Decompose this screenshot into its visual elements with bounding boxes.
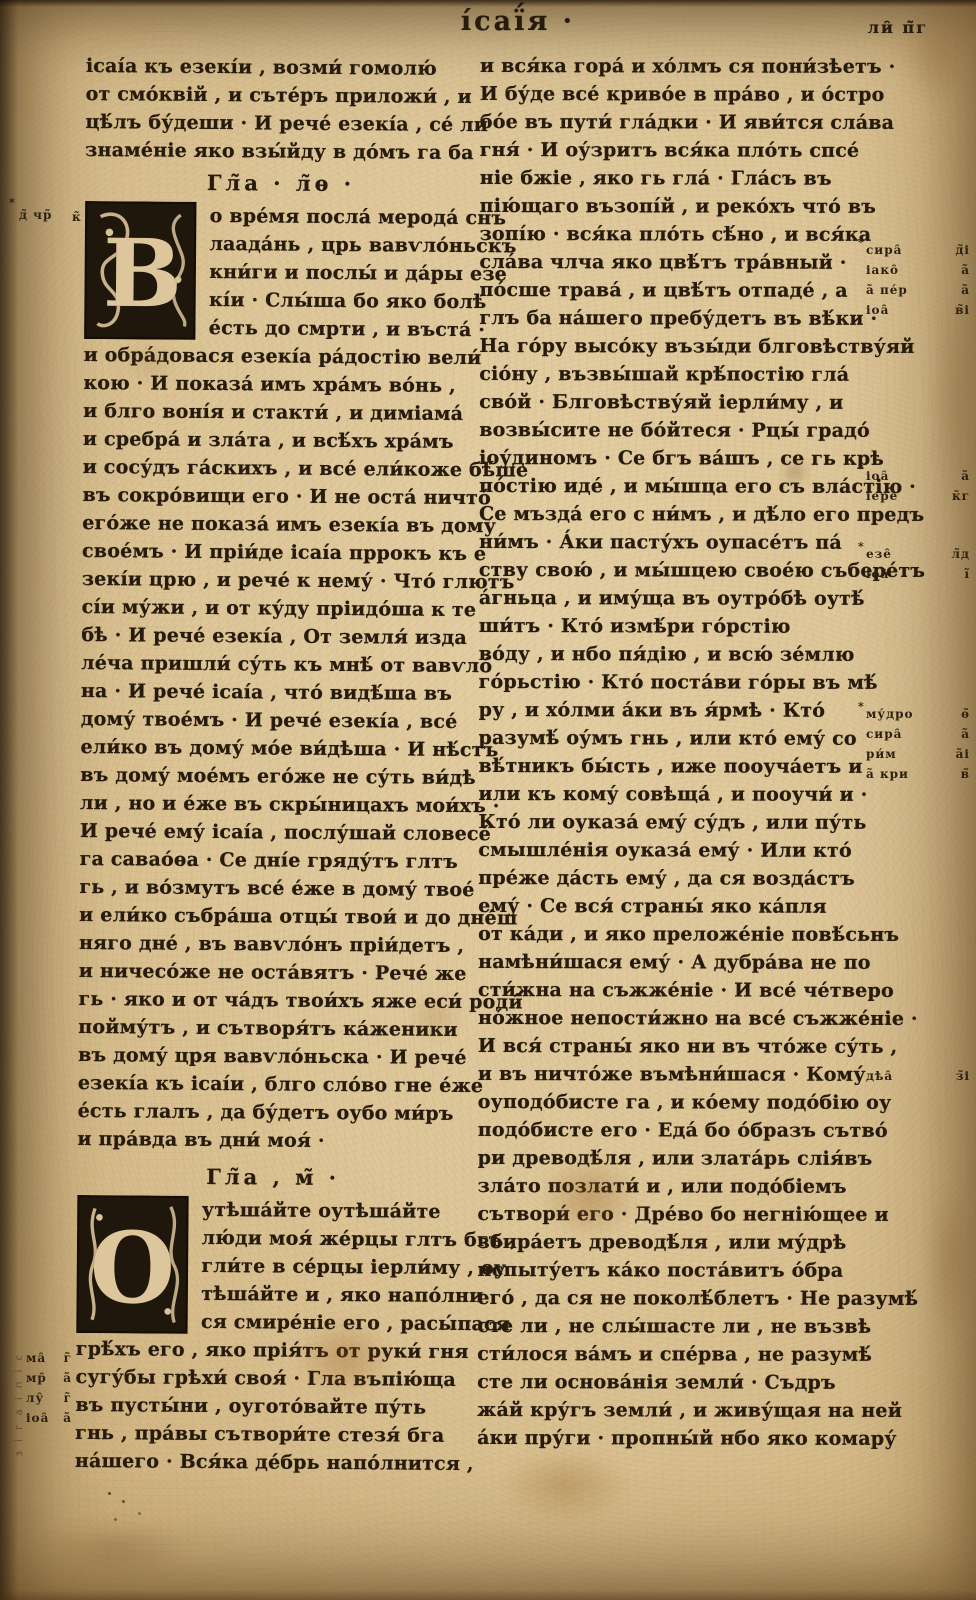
margin-chapter: г̃ <box>64 1388 72 1408</box>
text-line: сти́жна на съжже́ніе · И все́ че́тверо <box>478 976 876 1005</box>
margin-block-1: сира̑ д̃і іако̑ а̃ а̃ пе́р а̃ іоа̑ в̃і <box>866 240 970 320</box>
right-column: и вся́ка гора́ и хо́лмъ ся пони́зѣетъ ·И… <box>477 52 878 1453</box>
margin-note-row: езе̑ л̃д <box>866 544 970 564</box>
text-line: Кто́ ли оуказа́ ему́ су́дъ , или пу́ть <box>478 808 876 837</box>
text-line: бо́е въ пути́ гла́дки · И яви́тся сла́ва <box>480 108 878 137</box>
text-line: пре́же да́сть ему́ , да ся возда́стъ <box>478 864 876 893</box>
text-line: ся смире́ніе его , расы́пася <box>201 1308 517 1338</box>
text-line: намѣни́шася ему́ · А дубра́ва не по <box>478 948 876 977</box>
text-line: на · И рече́ ісаі́а , что́ видѣ́ша въ <box>81 677 473 708</box>
reference-mark: * <box>858 700 864 713</box>
text-line: на́шего · Вся́ка де́брь напо́лнится , <box>75 1447 467 1478</box>
margin-chapter: а̃ <box>961 280 970 300</box>
margin-book: лу̑ <box>26 1388 44 1408</box>
margin-note-row: сира̑ д̃і <box>866 240 970 260</box>
margin-note-chapter-num: к̃ <box>72 207 82 227</box>
reference-mark: * <box>858 540 864 553</box>
margin-chapter: а̃і <box>956 744 970 764</box>
margin-book: сира̑ <box>866 724 902 744</box>
text-line: свое́мъ · И пріи́де ісаі́а пррокъ къ е <box>82 537 474 568</box>
margin-book: сира̑ <box>866 240 902 260</box>
margin-gospel-refs: ма̑ г̃ мр̑ а̃ лу̑ г̃ іоа̑ а̃ <box>26 1348 72 1428</box>
text-line: няго дне́ , въ вавѵло́нъ пріи́детъ , <box>79 929 471 960</box>
text-line: зекі́и црю , и рече́ к нему́ · Что́ глют… <box>82 565 474 596</box>
text-line: ле́ча пришли́ су́ть къ мнѣ́ от вавѵло́ <box>81 649 473 680</box>
margin-note-row: іоа̑ і̃ <box>866 564 970 584</box>
ornate-initial-O: О <box>76 1195 189 1334</box>
margin-chapter: і̃ <box>964 564 970 584</box>
margin-note-row: лу̑ г̃ <box>26 1388 72 1408</box>
margin-book: іоа̑ <box>866 466 889 486</box>
folio-number: ли̑ п̃г <box>868 18 928 37</box>
margin-book: а̃ кри <box>866 764 909 784</box>
text-line: ру , и хо́лми а́ки въ я́рмѣ · Кто́ <box>479 696 877 725</box>
text-line: по́сше трава́ , и цвѣ́тъ отпаде́ , а <box>479 276 877 305</box>
text-line: и пра́вда въ дни́ моя́ · <box>77 1125 469 1156</box>
margin-chapter: в̃ <box>961 764 970 784</box>
left-column: ісаі́а къ езекі́и , возми́ гомолю́от смо… <box>75 52 478 1478</box>
text-line: грѣ́хъ его , яко прія́тъ от руки́ гня <box>76 1335 468 1366</box>
margin-note-row: дѣа̑ з̃і <box>866 1066 970 1086</box>
text-line: и ничесо́же не оста́вятъ · Рече́ же <box>79 957 471 988</box>
text-line: ели́ко въ дому́ мо́е ви́дѣша · И нѣ́стъ <box>80 733 472 764</box>
text-line: и вся́ка гора́ и хо́лмъ ся пони́зѣетъ · <box>480 52 878 81</box>
text-line: смышле́нія оуказа́ ему́ · Или кто́ <box>478 836 876 865</box>
cap-lines: о вре́мя посла́ мерода́ снълаада́нь , цр… <box>209 202 517 344</box>
reference-mark: * <box>858 236 864 249</box>
margin-note-row: сира̑ а̃ <box>866 724 970 744</box>
text-line: ніе бжіе , яко гь гла́ · Гла́съ въ <box>480 164 878 193</box>
text-line: или къ кому́ совѣща́ , и пооучи́ и · <box>478 780 876 809</box>
text-line: ему́ · Се вся́ страны́ яко ка́пля <box>478 892 876 921</box>
margin-block-2: іоа̑ а̃ іере̑ к̃г <box>866 466 970 506</box>
text-line: вѣ́тникъ бы́сть , иже пооуча́етъ и <box>478 752 876 781</box>
margin-chapter: а̃ <box>63 1368 72 1388</box>
margin-chapter: в̃і <box>955 300 970 320</box>
text-line: от ка́ди , и яко преложе́ніе повѣ́сьнъ <box>478 920 876 949</box>
text-line: по́стію иде́ , и мы́шца его съ вла́стію … <box>479 472 877 501</box>
margin-chapter: к̃г <box>952 486 970 506</box>
page-title: і́саї́я · <box>0 6 976 37</box>
text-line: во́ду , и нбо пя́дію , и всю́ зе́млю <box>479 640 877 669</box>
text-line: дому́ твое́мъ · И рече́ езекі́а , все́ <box>81 705 473 736</box>
text-line: лаада́нь , црь вавѵло́ньскъ <box>209 230 516 260</box>
margin-book: ри́м <box>866 744 897 764</box>
text-line: его́ , да ся не поколѣ́блетъ · Не разумѣ… <box>477 1284 875 1313</box>
text-line: кою · И показа́ имъ хра́мъ во́нь , <box>83 369 475 400</box>
text-line: но́жное непости́жно на все́ съжже́ніе · <box>478 1004 876 1033</box>
text-line: а́гньца , и иму́ща въ оутро́бѣ оутѣ́ <box>479 584 877 613</box>
text-line: ри древодѣ́ля , или злата́рь слія́въ <box>478 1144 876 1173</box>
text-line: возвы́сите не бо́йтеся · Рцы́ градо́ <box>479 416 877 445</box>
intro-paragraph: ісаі́а къ езекі́и , возми́ гомолю́от смо… <box>85 52 478 167</box>
chapter-heading-39: Гл̃а · л̃ѳ · <box>85 167 477 200</box>
margin-book: а̃ пе́р <box>866 280 908 300</box>
stain <box>500 1448 630 1523</box>
text-line: въ дому́ мое́мъ его́же не су́ть ви́дѣ <box>80 761 472 792</box>
text-line: сте ли основа́нія земли́ · Съдръ <box>477 1368 875 1397</box>
text-line: Се мъзда́ его с ни́мъ , и дѣ́ло его пред… <box>479 500 877 529</box>
text-line: На го́ру высо́ку възы́ди блговѣству́яй <box>479 332 877 361</box>
margin-block-4: му́дро ѳ̃ сира̑ а̃ ри́м а̃і а̃ кри в̃ <box>866 704 970 784</box>
text-line: оуподо́бисте га , и ко́ему подо́бію оу <box>478 1088 876 1117</box>
text-line: И рече́ ему́ ісаі́а , послу́шай словесе́ <box>80 817 472 848</box>
margin-book: езе̑ <box>866 544 892 564</box>
margin-note-row: ри́м а̃і <box>866 744 970 764</box>
text-line: и сребра́ и зла́та , и всѣ́хъ хра́мъ <box>83 425 475 456</box>
text-line: пію́щаго възопі́й , и реко́хъ что́ въ <box>480 192 878 221</box>
text-line: го́рьстію · Кто́ поста́ви го́ры въ мѣ́ <box>479 668 877 697</box>
margin-note-row: іоа̑ в̃і <box>866 300 970 320</box>
text-line: глъ ба на́шего пребу́детъ въ вѣ́ки · <box>479 304 877 333</box>
text-line: сугу́бы грѣхи́ своя́ · Гла въпію́ща <box>75 1363 467 1394</box>
text-line: от смо́квій , и съте́ръ приложи́ , и <box>86 80 478 111</box>
text-line: гли́те в се́рцы іерли́му , оу <box>201 1252 517 1282</box>
chapter-40-opening: О утѣша́йте оутѣша́йтелю́ди моя́ же́рцы … <box>76 1195 469 1338</box>
text-line: е́сть до смрти , и въста́ · <box>209 314 516 344</box>
text-line: испыту́етъ ка́ко поста́витъ о́бра <box>477 1256 875 1285</box>
text-line: сла́ва члча яко цвѣ́тъ тра́вный · <box>480 248 878 277</box>
text-line: и блго воні́я и стакти́ , и диміама́ <box>83 397 475 428</box>
margin-book: іако̑ <box>866 260 899 280</box>
text-line: сътвори́ его · Дре́во бо негнію́щее и <box>478 1200 876 1229</box>
text-line: И бу́де все́ криво́е в пра́во , и о́стро <box>480 80 878 109</box>
margin-book: му́дро <box>866 704 914 724</box>
margin-chapter: г̃ <box>64 1348 72 1368</box>
ornate-initial-V: В <box>84 201 197 340</box>
margin-chapter: ѳ̃ <box>961 704 970 724</box>
text-line: подо́бисте его · Еда́ бо о́бразъ сътво́ <box>478 1116 876 1145</box>
text-line: пойму́тъ , и сътворя́тъ ка́женики <box>78 1013 470 1044</box>
margin-note-row: іако̑ а̃ <box>866 260 970 280</box>
text-line: бѣ · И рече́ езекі́а , От земля́ изда <box>81 621 473 652</box>
text-line: кі́и · Слы́ша бо яко болѣ́ <box>209 286 516 316</box>
text-line: знаме́ніе яко взы́йду в до́мъ га ба · <box>85 136 477 167</box>
initial-letter: В <box>103 219 183 330</box>
text-line: И вся́ страны́ яко ни въ что́же су́ть , <box>478 1032 876 1061</box>
text-line: сте ли , не слы́шасте ли , не възвѣ <box>477 1312 875 1341</box>
text-line: зла́то позлати́ и , или подо́біемъ <box>478 1172 876 1201</box>
text-line: разумѣ́ оу́мъ гнь , или кто́ ему́ со <box>479 724 877 753</box>
text-line: и въ ничто́же въмѣни́шася · Кому́ <box>478 1060 876 1089</box>
stain <box>40 1520 190 1580</box>
margin-chapter: з̃і <box>956 1066 970 1086</box>
margin-chapter: д̃і <box>955 240 970 260</box>
text-line: гь · яко и от ча́дъ твои́хъ яже еси́ род… <box>78 985 470 1016</box>
margin-book: іоа̑ <box>26 1408 49 1428</box>
text-line: жа́й кру́гъ земли́ , и живу́щая на ней <box>477 1396 875 1425</box>
margin-book: іере̑ <box>866 486 898 506</box>
margin-chapter: л̃д <box>952 544 970 564</box>
margin-note-row: а̃ кри в̃ <box>866 764 970 784</box>
margin-note-row: а̃ пе́р а̃ <box>866 280 970 300</box>
margin-book: ма̑ <box>26 1348 46 1368</box>
margin-book: іоа̑ <box>866 300 889 320</box>
initial-letter: О <box>89 1211 175 1327</box>
margin-block-5: дѣа̑ з̃і <box>866 1066 970 1086</box>
text-line: е́сть глалъ , да бу́детъ оубо ми́ръ <box>78 1097 470 1128</box>
margin-chapter: а̃ <box>961 724 970 744</box>
margin-note-row: іере̑ к̃г <box>866 486 970 506</box>
margin-chapter: а̃ <box>63 1408 72 1428</box>
margin-book: мр̑ <box>26 1368 47 1388</box>
margin-note-row: іоа̑ а̃ <box>866 466 970 486</box>
text-line: сти́лося ва́мъ и спе́рва , не разумѣ́ <box>477 1340 875 1369</box>
stain <box>925 1180 975 1340</box>
text-line: о вре́мя посла́ мерода́ снъ <box>210 202 517 232</box>
text-line: ни́мъ · А́ки пасту́хъ оупасе́тъ па́ <box>479 528 877 557</box>
text-line: и сосу́дъ га́скихъ , и все́ ели́коже бѣ́… <box>83 453 475 484</box>
text-line: въ дому́ цря вавѵло́ньска · И рече́ <box>78 1041 470 1072</box>
margin-note-row: іоа̑ а̃ <box>26 1408 72 1428</box>
text-line: га савао́ѳа · Се дні́е гряду́тъ глтъ <box>80 845 472 876</box>
text-line: кни́ги и послы́ и да́ры езе <box>209 258 516 288</box>
text-line: тѣша́йте и , яко напо́лни <box>201 1280 517 1310</box>
margin-note-row: ма̑ г̃ <box>26 1348 72 1368</box>
text-line: его́же не показа́ имъ езекі́а въ дому́ <box>82 509 474 540</box>
margin-chapter: а̃ <box>961 260 970 280</box>
text-line: ісаі́а къ езекі́и , возми́ гомолю́ <box>86 52 478 83</box>
margin-note-kings-ref: д̃ чр̃ <box>19 205 52 225</box>
cap-lines: утѣша́йте оутѣша́йтелю́ди моя́ же́рцы гл… <box>201 1196 518 1338</box>
text-line: сіо́ну , възвы́шай крѣ́постію гла́ <box>479 360 877 389</box>
text-line: сі́и му́жи , и от ку́ду пріидо́ша к те <box>82 593 474 624</box>
text-line: утѣша́йте оутѣша́йте <box>202 1196 518 1226</box>
chapter-39-body: и обра́довася езекі́а ра́достію вели́кою… <box>77 341 475 1156</box>
text-line: и ели́ко събра́ша отцы́ твои́ и до дне́ш <box>79 901 471 932</box>
text-line: цѣ́лъ бу́деши · И рече́ езекі́а , се́ ли <box>85 108 477 139</box>
text-line: въ сокро́вищи его · И не оста́ ничто́ <box>82 481 474 512</box>
margin-block-3: езе̑ л̃д іоа̑ і̃ <box>866 544 970 584</box>
text-line: зопі́ю · вся́ка пло́ть сѣ́но , и вся́ка <box>480 220 878 249</box>
text-line: а́ки пру́ги · пропны́й нбо яко комару́ <box>477 1424 875 1453</box>
text-line: езекі́а къ ісаі́и , блго сло́во гне е́же <box>78 1069 470 1100</box>
text-line: ству свою́ , и мы́шцею свое́ю събере́тъ <box>479 556 877 585</box>
chapter-39-opening: В о вре́мя посла́ мерода́ снълаада́нь , … <box>84 201 477 344</box>
margin-chapter: а̃ <box>961 466 970 486</box>
page-edge-bottom <box>0 1590 976 1600</box>
gutter-shadow <box>0 0 18 1600</box>
margin-note-row: му́дро ѳ̃ <box>866 704 970 724</box>
margin-book: дѣа̑ <box>866 1066 893 1086</box>
text-line: и обра́довася езекі́а ра́достію вели́ <box>84 341 476 372</box>
text-line: ли , но и е́же въ скры́ницахъ мои́хъ · <box>80 789 472 820</box>
reference-mark: * <box>858 462 864 475</box>
page-edge-top <box>0 0 976 7</box>
text-line: гнь , пра́вы сътвори́те стезя́ бга <box>75 1419 467 1450</box>
chapter-heading-40: Гл̃а , м̃ · <box>77 1161 469 1194</box>
margin-book: іоа̑ <box>866 564 889 584</box>
text-line: іоу́диномъ · Се бгъ ва́шъ , се гь крѣ <box>479 444 877 473</box>
text-line: въ пусты́ни , оугото́вайте пу́ть <box>75 1391 467 1422</box>
text-line: гня́ · И оу́зритъ вся́ка пло́ть спсе́ <box>480 136 878 165</box>
text-line: лю́ди моя́ же́рцы глтъ бгъ , <box>202 1224 518 1254</box>
scanned-book-page: і́саї́я · ли̑ п̃г ісаі́а къ езекі́и , во… <box>0 0 976 1600</box>
chapter-40-body: грѣ́хъ его , яко прія́тъ от руки́ гнясуг… <box>75 1335 468 1478</box>
text-line: сво́й · Блговѣству́яй іерли́му , и <box>479 388 877 417</box>
margin-note-row: мр̑ а̃ <box>26 1368 72 1388</box>
text-line: збира́етъ древодѣ́ля , или му́дрѣ <box>477 1228 875 1257</box>
text-line: гь , и во́змутъ все́ е́же в дому́ твое́ <box>79 873 471 904</box>
text-line: ши́тъ · Кто́ измѣ́ри го́рстію <box>479 612 877 641</box>
ink-specks <box>108 1492 111 1495</box>
